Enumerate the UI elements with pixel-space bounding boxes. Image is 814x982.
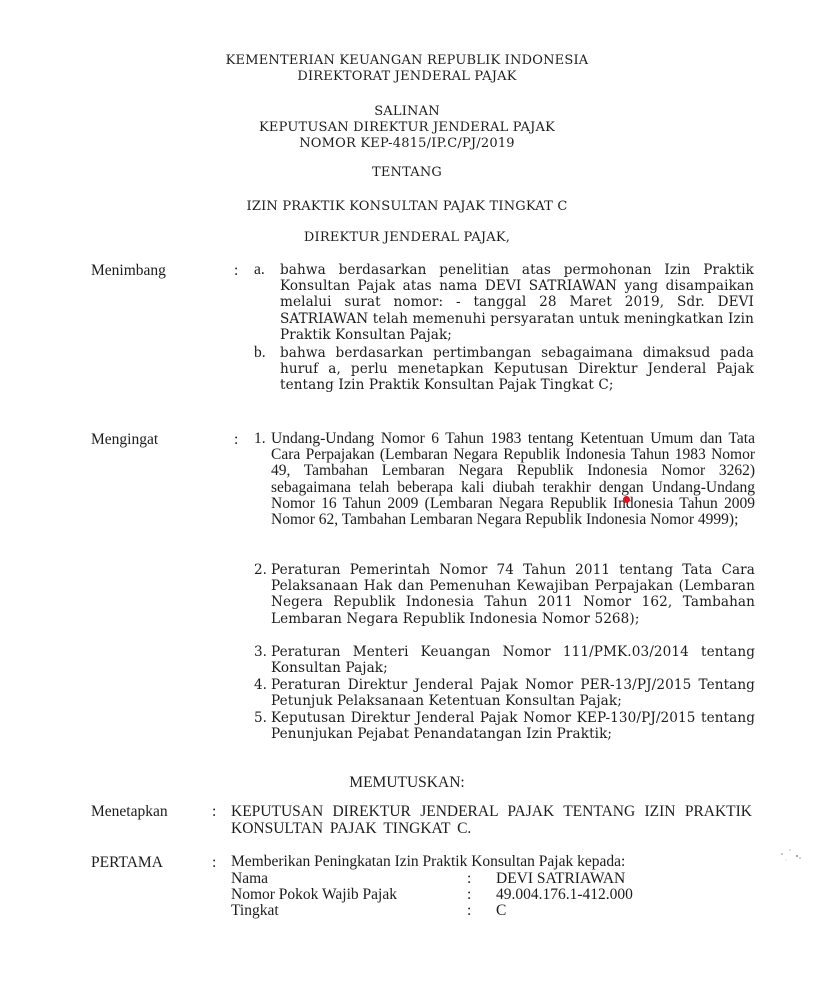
ministry-name: KEMENTERIAN KEUANGAN REPUBLIK INDONESIA (0, 52, 814, 69)
decree-document: KEMENTERIAN KEUANGAN REPUBLIK INDONESIA … (0, 0, 814, 982)
section-colon: : (212, 803, 216, 821)
decree-subject: IZIN PRAKTIK KONSULTAN PAJAK TINGKAT C (0, 198, 814, 215)
item-marker: b. (254, 345, 266, 361)
item-marker: 4. (254, 677, 267, 693)
about-label: TENTANG (0, 164, 814, 181)
item-text: bahwa berdasarkan pertimbangan sebagaima… (280, 345, 754, 394)
decree-title: KEPUTUSAN DIREKTUR JENDERAL PAJAK (0, 119, 814, 136)
item-marker: 1. (254, 431, 266, 447)
item-marker: 3. (254, 644, 267, 660)
item-text: Peraturan Pemerintah Nomor 74 Tahun 2011… (271, 562, 755, 627)
annotation-dot-marker (623, 496, 630, 503)
field-key-tingkat: Tingkat (231, 903, 279, 920)
item-marker: a. (254, 262, 265, 278)
directorate-name: DIREKTORAT JENDERAL PAJAK (0, 68, 814, 85)
decision-heading: MEMUTUSKAN: (0, 774, 814, 792)
item-text: Peraturan Direktur Jenderal Pajak Nomor … (271, 677, 755, 709)
section-label-menimbang: Menimbang (91, 262, 166, 280)
field-value-npwp: 49.004.176.1-412.000 (496, 887, 633, 904)
item-marker: 2. (254, 562, 267, 578)
field-sep: : (467, 903, 471, 920)
section-colon: : (234, 431, 238, 449)
decree-number: NOMOR KEP-4815/IP.C/PJ/2019 (0, 135, 814, 152)
item-text: bahwa berdasarkan penelitian atas permoh… (280, 262, 754, 343)
field-value-tingkat: C (496, 903, 506, 920)
item-text: Peraturan Menteri Keuangan Nomor 111/PMK… (271, 644, 755, 676)
section-colon: : (212, 854, 216, 872)
item-text: Keputusan Direktur Jenderal Pajak Nomor … (271, 710, 755, 742)
pertama-intro: Memberikan Peningkatan Izin Praktik Kons… (231, 854, 625, 871)
section-label-mengingat: Mengingat (91, 431, 158, 449)
item-text: Undang-Undang Nomor 6 Tahun 1983 tentang… (271, 431, 755, 528)
section-label-menetapkan: Menetapkan (91, 803, 168, 821)
section-colon: : (234, 262, 238, 280)
menetapkan-text: KEPUTUSAN DIREKTUR JENDERAL PAJAK TENTAN… (231, 803, 752, 837)
item-marker: 5. (254, 710, 267, 726)
issuer-title: DIREKTUR JENDERAL PAJAK, (0, 229, 814, 246)
scan-speckle (776, 846, 806, 866)
section-label-pertama: PERTAMA (91, 854, 163, 872)
copy-label: SALINAN (0, 103, 814, 120)
